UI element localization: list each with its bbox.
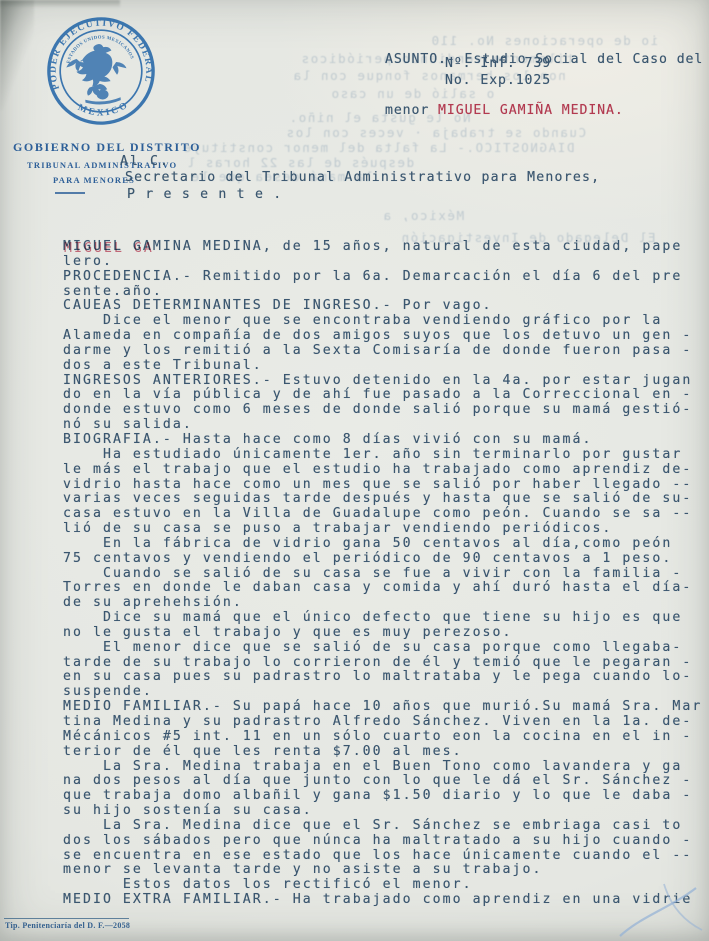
body-line: El menor dice que se salió de su casa po… xyxy=(63,641,703,656)
exp-number: No. Exp.1025 xyxy=(445,73,551,88)
scan-shadow-topleft xyxy=(0,0,34,110)
body-line: lió de su casa se puso a trabajar vendie… xyxy=(63,522,703,537)
addressee-presente: P r e s e n t e . xyxy=(127,187,282,202)
official-seal: PODER EJECUTIVO FEDERAL — MEXICO — ESTAD… xyxy=(38,8,164,134)
body-line: que trabaja domo albañil y gana $1.50 di… xyxy=(63,789,703,804)
scan-shadow-top xyxy=(0,0,120,8)
body-line: La Sra. Medina dice que el Sr. Sánchez s… xyxy=(63,819,703,834)
body-line: su hijo sostenía su casa. xyxy=(63,804,703,819)
addressee-salutation: Al C. xyxy=(120,154,170,169)
body-line: Mécánicos #5 int. 11 en un sólo cuarto e… xyxy=(63,730,703,745)
document-page: io de operaciones No. 110tilamente vendi… xyxy=(0,0,709,941)
body-line: BIOGRAFIA.- Hasta hace como 8 días vivió… xyxy=(63,433,703,448)
body-line: en su casa pues su padrastro lo maltrata… xyxy=(63,670,703,685)
red-overtype: MIGUEL GA xyxy=(64,241,154,256)
imprint-rule xyxy=(4,918,129,919)
letterhead: GOBIERNO DEL DISTRITO TRIBUNAL ADMINISTR… xyxy=(13,140,201,155)
body-line: le más el trabajo que el estudio ha trab… xyxy=(63,463,703,478)
body-line: MIGUEL GAMINA MEDINA, de 15 años, natura… xyxy=(63,240,703,255)
body-line: casa estuvo en la Villa de Guadalupe com… xyxy=(63,507,703,522)
body-line: darme y los remitió a la Sexta Comisaría… xyxy=(63,344,703,359)
body-line: lero. xyxy=(63,255,703,270)
body-line: Estos datos los rectificó el menor. xyxy=(63,878,703,893)
body-line: no le gusta el trabajo y que es muy pere… xyxy=(63,626,703,641)
body-line: PROCEDENCIA.- Remitido por la 6a. Demarc… xyxy=(63,270,703,285)
body-line: terior de él que les renta $7.00 al mes. xyxy=(63,745,703,760)
body-line: Alameda en compañía de dos amigos suyos … xyxy=(63,329,703,344)
body-line: tina Medina y su padrastro Alfredo Sánch… xyxy=(63,715,703,730)
letterhead-line3: PARA MENORES xyxy=(53,175,135,185)
body-line: En la fábrica de vidrio gana 50 centavos… xyxy=(63,537,703,552)
addressee-title: Secretario del Tribunal Administrativo p… xyxy=(125,170,600,185)
document-body: MIGUEL GAMINA MEDINA, de 15 años, natura… xyxy=(63,240,703,908)
body-line: donde estuvo como 6 meses de donde salió… xyxy=(63,403,703,418)
body-line: sente.año. xyxy=(63,285,703,300)
body-line: suspende. xyxy=(63,685,703,700)
body-line: Ha estudiado únicamente 1er. año sin ter… xyxy=(63,448,703,463)
body-line: dos los sábados pero que núnca ha maltra… xyxy=(63,834,703,849)
body-line: varias veces seguidas tarde después y ha… xyxy=(63,492,703,507)
letterhead-line1: GOBIERNO DEL DISTRITO xyxy=(13,140,201,155)
letterhead-dash xyxy=(55,192,85,194)
body-line: Dice su mamá que el único defecto que ti… xyxy=(63,611,703,626)
body-line: dos a este Tribunal. xyxy=(63,359,703,374)
subject-line2-prefix: menor xyxy=(385,103,438,118)
body-line: Dice el menor que se encontraba vendiend… xyxy=(63,314,703,329)
inf-number: Nº. Inf. 739 xyxy=(445,56,551,71)
minor-name: MIGUEL GAMIÑA MEDINA. xyxy=(438,103,624,118)
body-line: MEDIO EXTRA FAMILIAR.- Ha trabajado como… xyxy=(63,893,703,908)
body-line: MEDIO FAMILIAR.- Su papá hace 10 años qu… xyxy=(63,700,703,715)
pencil-mark xyxy=(612,878,709,941)
ghost-text: después de las 22 horas l xyxy=(186,155,414,170)
body-line: de su aprehehsión. xyxy=(63,596,703,611)
printer-imprint: Tip. Penitenciaría del D. F.—2058 xyxy=(5,921,130,930)
ghost-text: México, a xyxy=(382,208,464,223)
body-line: nó su salida. xyxy=(63,418,703,433)
body-line: CAUEAS DETERMINANTES DE INGRESO.- Por va… xyxy=(63,299,703,314)
body-line: na dos pesos al día que junto con lo que… xyxy=(63,774,703,789)
subject-line2: menor MIGUEL GAMIÑA MEDINA. xyxy=(385,102,703,119)
body-line: 75 centavos y vendiendo el periódico de … xyxy=(63,552,703,567)
